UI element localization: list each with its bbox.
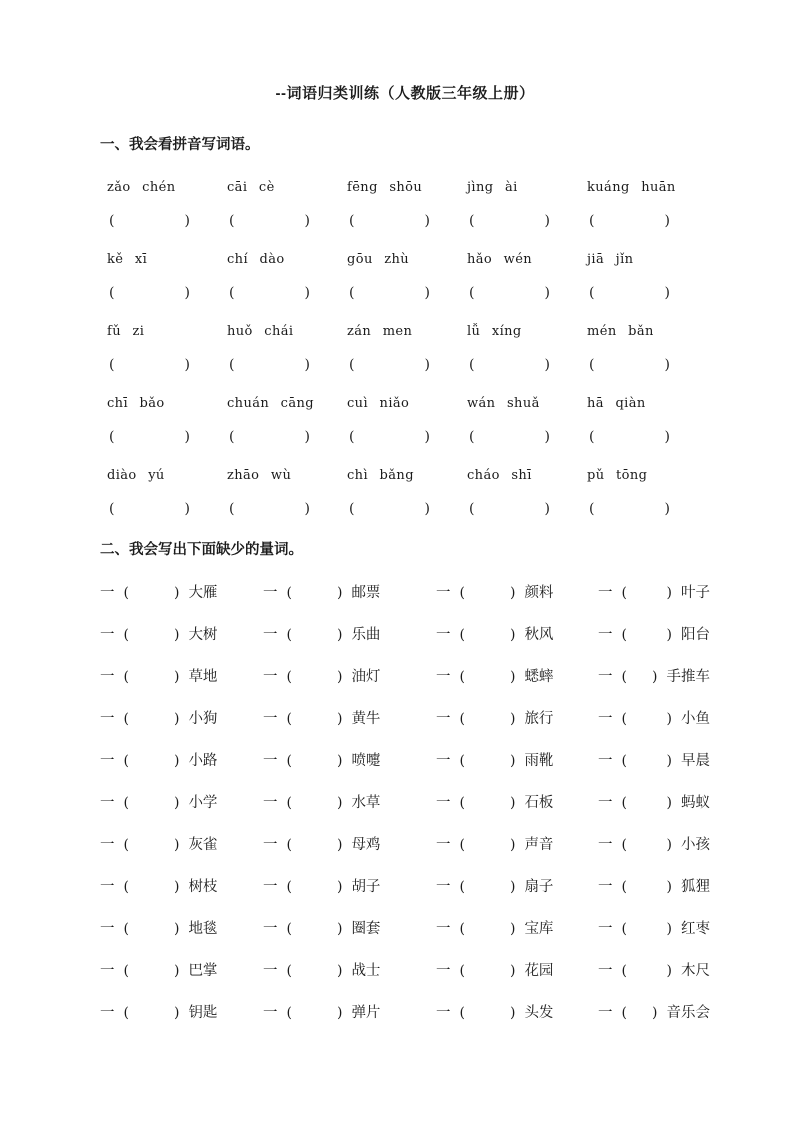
answer-row: ()()()()() [100, 355, 710, 375]
close-paren: ) [305, 355, 310, 375]
measure-word-item: 一()邮票 [263, 583, 436, 603]
answer-blank: () [580, 355, 700, 375]
paren-group: () [589, 355, 679, 375]
answer-blank: () [100, 427, 220, 447]
open-paren: ( [460, 709, 465, 729]
answer-row: ()()()()() [100, 283, 710, 303]
pinyin-label: cāi cè [220, 178, 340, 198]
pinyin-label: fēng shōu [340, 178, 460, 198]
close-paren: ) [174, 583, 179, 603]
close-paren: ) [510, 583, 515, 603]
close-paren: ) [665, 427, 670, 447]
noun-label: 狐狸 [681, 877, 710, 897]
close-paren: ) [174, 961, 179, 981]
answer-blank: () [460, 355, 580, 375]
paren-group: () [469, 211, 559, 231]
measure-word-item: 一()头发 [436, 1003, 598, 1023]
open-paren: ( [124, 793, 129, 813]
open-paren: ( [287, 667, 292, 687]
answer-blank: () [220, 499, 340, 519]
close-paren: ) [545, 355, 550, 375]
one-numeral: 一 [100, 709, 115, 729]
open-paren: ( [349, 283, 354, 303]
open-paren: ( [622, 919, 627, 939]
paren-group: () [109, 211, 199, 231]
one-numeral: 一 [100, 835, 115, 855]
measure-word-item: 一()蚂蚁 [598, 793, 710, 813]
one-numeral: 一 [100, 667, 115, 687]
measure-word-item: 一()石板 [436, 793, 598, 813]
one-numeral: 一 [436, 961, 451, 981]
close-paren: ) [174, 625, 179, 645]
close-paren: ) [667, 919, 672, 939]
section2-heading: 二、我会写出下面缺少的量词。 [100, 538, 710, 559]
close-paren: ) [665, 355, 670, 375]
pinyin-label: wán shuǎ [460, 394, 580, 414]
close-paren: ) [174, 751, 179, 771]
answer-blank: () [460, 499, 580, 519]
paren-group: () [229, 355, 319, 375]
noun-label: 水草 [351, 793, 380, 813]
open-paren: ( [622, 667, 627, 687]
noun-label: 手推车 [667, 667, 711, 687]
one-numeral: 一 [436, 793, 451, 813]
open-paren: ( [622, 625, 627, 645]
one-numeral: 一 [436, 877, 451, 897]
one-numeral: 一 [598, 835, 613, 855]
close-paren: ) [185, 499, 190, 519]
paren-group: () [469, 499, 559, 519]
one-numeral: 一 [598, 751, 613, 771]
noun-label: 早晨 [681, 751, 710, 771]
paren-group: () [589, 427, 679, 447]
open-paren: ( [287, 709, 292, 729]
measure-word-item: 一()大树 [100, 625, 263, 645]
measure-word-item: 一()红枣 [598, 919, 710, 939]
pinyin-label: cuì niǎo [340, 394, 460, 414]
noun-label: 蟋蟀 [524, 667, 553, 687]
open-paren: ( [622, 793, 627, 813]
measure-word-item: 一()圈套 [263, 919, 436, 939]
answer-blank: () [100, 283, 220, 303]
one-numeral: 一 [436, 583, 451, 603]
open-paren: ( [287, 1003, 292, 1023]
pinyin-label: hǎo wén [460, 250, 580, 270]
open-paren: ( [287, 625, 292, 645]
open-paren: ( [460, 877, 465, 897]
answer-blank: () [580, 499, 700, 519]
close-paren: ) [185, 427, 190, 447]
noun-label: 音乐会 [667, 1003, 711, 1023]
open-paren: ( [469, 211, 474, 231]
close-paren: ) [337, 1003, 342, 1023]
answer-blank: () [580, 283, 700, 303]
paren-group: () [349, 427, 439, 447]
open-paren: ( [287, 835, 292, 855]
one-numeral: 一 [436, 835, 451, 855]
noun-label: 叶子 [681, 583, 710, 603]
close-paren: ) [337, 793, 342, 813]
measure-word-item: 一()油灯 [263, 667, 436, 687]
close-paren: ) [667, 583, 672, 603]
measure-word-item: 一()阳台 [598, 625, 710, 645]
pinyin-row: zǎo chéncāi cèfēng shōujìng àikuáng huān [100, 178, 710, 198]
noun-label: 灰雀 [188, 835, 217, 855]
open-paren: ( [589, 355, 594, 375]
open-paren: ( [109, 427, 114, 447]
close-paren: ) [510, 1003, 515, 1023]
paren-group: () [109, 427, 199, 447]
noun-label: 小狗 [188, 709, 217, 729]
pinyin-label: zǎo chén [100, 178, 220, 198]
close-paren: ) [667, 751, 672, 771]
one-numeral: 一 [598, 667, 613, 687]
noun-label: 小鱼 [681, 709, 710, 729]
paren-group: () [469, 427, 559, 447]
close-paren: ) [510, 961, 515, 981]
open-paren: ( [460, 961, 465, 981]
open-paren: ( [349, 499, 354, 519]
one-numeral: 一 [436, 1003, 451, 1023]
paren-group: () [589, 499, 679, 519]
close-paren: ) [510, 835, 515, 855]
paren-group: () [229, 499, 319, 519]
answer-blank: () [340, 211, 460, 231]
answer-row: ()()()()() [100, 211, 710, 231]
noun-label: 大树 [188, 625, 217, 645]
one-numeral: 一 [100, 751, 115, 771]
noun-label: 树枝 [188, 877, 217, 897]
measure-word-item: 一()小孩 [598, 835, 710, 855]
paren-group: () [109, 355, 199, 375]
measure-word-item: 一()巴掌 [100, 961, 263, 981]
open-paren: ( [287, 877, 292, 897]
answer-blank: () [580, 427, 700, 447]
one-numeral: 一 [263, 961, 278, 981]
open-paren: ( [109, 211, 114, 231]
one-numeral: 一 [598, 1003, 613, 1023]
noun-label: 小路 [188, 751, 217, 771]
one-numeral: 一 [100, 625, 115, 645]
open-paren: ( [622, 583, 627, 603]
noun-label: 喷嚏 [351, 751, 380, 771]
close-paren: ) [545, 499, 550, 519]
noun-label: 胡子 [351, 877, 380, 897]
open-paren: ( [349, 355, 354, 375]
close-paren: ) [510, 877, 515, 897]
close-paren: ) [545, 211, 550, 231]
paren-group: () [349, 283, 439, 303]
close-paren: ) [337, 919, 342, 939]
open-paren: ( [124, 919, 129, 939]
open-paren: ( [109, 355, 114, 375]
answer-blank: () [220, 427, 340, 447]
paren-group: () [349, 499, 439, 519]
close-paren: ) [337, 961, 342, 981]
open-paren: ( [622, 877, 627, 897]
open-paren: ( [287, 919, 292, 939]
pinyin-row: kě xīchí dàogōu zhùhǎo wénjiā jǐn [100, 250, 710, 270]
measure-word-item: 一()早晨 [598, 751, 710, 771]
noun-label: 大雁 [188, 583, 217, 603]
pinyin-answer-block: zǎo chéncāi cèfēng shōujìng àikuáng huān… [100, 178, 710, 231]
close-paren: ) [425, 211, 430, 231]
open-paren: ( [229, 283, 234, 303]
one-numeral: 一 [436, 919, 451, 939]
answer-blank: () [220, 355, 340, 375]
close-paren: ) [545, 283, 550, 303]
open-paren: ( [109, 283, 114, 303]
one-numeral: 一 [263, 667, 278, 687]
noun-label: 扇子 [524, 877, 553, 897]
pinyin-row: diào yúzhāo wùchì bǎngcháo shīpǔ tōng [100, 466, 710, 486]
answer-row: ()()()()() [100, 427, 710, 447]
noun-label: 乐曲 [351, 625, 380, 645]
pinyin-answer-block: chī bǎochuán cāngcuì niǎowán shuǎhā qiàn… [100, 394, 710, 447]
open-paren: ( [109, 499, 114, 519]
pinyin-label: kuáng huān [580, 178, 700, 198]
noun-label: 巴掌 [188, 961, 217, 981]
open-paren: ( [622, 709, 627, 729]
pinyin-label: huǒ chái [220, 322, 340, 342]
page-title: --词语归类训练（人教版三年级上册） [100, 82, 710, 103]
measure-word-item: 一()黄牛 [263, 709, 436, 729]
noun-label: 阳台 [681, 625, 710, 645]
answer-blank: () [460, 283, 580, 303]
pinyin-label: zán men [340, 322, 460, 342]
answer-blank: () [340, 427, 460, 447]
close-paren: ) [510, 667, 515, 687]
close-paren: ) [174, 793, 179, 813]
open-paren: ( [469, 283, 474, 303]
paren-group: () [589, 211, 679, 231]
close-paren: ) [510, 793, 515, 813]
close-paren: ) [337, 583, 342, 603]
open-paren: ( [469, 427, 474, 447]
noun-label: 木尺 [681, 961, 710, 981]
pinyin-label: chuán cāng [220, 394, 340, 414]
one-numeral: 一 [100, 961, 115, 981]
one-numeral: 一 [263, 835, 278, 855]
one-numeral: 一 [263, 709, 278, 729]
open-paren: ( [124, 625, 129, 645]
open-paren: ( [460, 919, 465, 939]
close-paren: ) [337, 751, 342, 771]
open-paren: ( [469, 355, 474, 375]
measure-word-item: 一()花园 [436, 961, 598, 981]
close-paren: ) [174, 877, 179, 897]
measure-word-item: 一()树枝 [100, 877, 263, 897]
close-paren: ) [667, 709, 672, 729]
close-paren: ) [305, 283, 310, 303]
one-numeral: 一 [100, 1003, 115, 1023]
close-paren: ) [652, 1003, 657, 1023]
close-paren: ) [425, 427, 430, 447]
open-paren: ( [349, 211, 354, 231]
close-paren: ) [337, 625, 342, 645]
section-pinyin-writing: 一、我会看拼音写词语。 zǎo chéncāi cèfēng shōujìng … [100, 133, 710, 519]
close-paren: ) [510, 625, 515, 645]
answer-blank: () [100, 355, 220, 375]
close-paren: ) [174, 709, 179, 729]
open-paren: ( [229, 211, 234, 231]
close-paren: ) [425, 355, 430, 375]
pinyin-row: fǔ zihuǒ cháizán menlǚ xíngmén bǎn [100, 322, 710, 342]
close-paren: ) [510, 751, 515, 771]
answer-blank: () [340, 355, 460, 375]
one-numeral: 一 [598, 919, 613, 939]
one-numeral: 一 [263, 625, 278, 645]
measure-word-item: 一()战士 [263, 961, 436, 981]
one-numeral: 一 [436, 709, 451, 729]
paren-group: () [349, 211, 439, 231]
close-paren: ) [337, 877, 342, 897]
close-paren: ) [185, 211, 190, 231]
open-paren: ( [460, 667, 465, 687]
one-numeral: 一 [598, 877, 613, 897]
answer-blank: () [100, 211, 220, 231]
one-numeral: 一 [100, 793, 115, 813]
measure-word-item: 一()秋风 [436, 625, 598, 645]
answer-blank: () [460, 427, 580, 447]
close-paren: ) [665, 499, 670, 519]
paren-group: () [229, 427, 319, 447]
noun-label: 蚂蚁 [681, 793, 710, 813]
open-paren: ( [124, 877, 129, 897]
noun-label: 油灯 [351, 667, 380, 687]
noun-label: 地毯 [188, 919, 217, 939]
open-paren: ( [460, 751, 465, 771]
close-paren: ) [667, 835, 672, 855]
open-paren: ( [622, 961, 627, 981]
measure-word-item: 一()狐狸 [598, 877, 710, 897]
close-paren: ) [425, 499, 430, 519]
open-paren: ( [124, 961, 129, 981]
measure-word-item: 一()手推车 [598, 667, 710, 687]
noun-label: 邮票 [351, 583, 380, 603]
one-numeral: 一 [598, 709, 613, 729]
one-numeral: 一 [598, 793, 613, 813]
measure-word-item: 一()弹片 [263, 1003, 436, 1023]
noun-label: 小学 [188, 793, 217, 813]
close-paren: ) [174, 919, 179, 939]
paren-group: () [109, 499, 199, 519]
close-paren: ) [185, 355, 190, 375]
close-paren: ) [174, 667, 179, 687]
open-paren: ( [229, 355, 234, 375]
measure-word-item: 一()蟋蟀 [436, 667, 598, 687]
close-paren: ) [174, 1003, 179, 1023]
open-paren: ( [460, 583, 465, 603]
one-numeral: 一 [263, 583, 278, 603]
close-paren: ) [305, 427, 310, 447]
pinyin-label: chī bǎo [100, 394, 220, 414]
paren-group: () [349, 355, 439, 375]
close-paren: ) [665, 211, 670, 231]
answer-blank: () [340, 283, 460, 303]
answer-blank: () [460, 211, 580, 231]
measure-word-item: 一()乐曲 [263, 625, 436, 645]
one-numeral: 一 [263, 877, 278, 897]
open-paren: ( [287, 583, 292, 603]
pinyin-label: mén bǎn [580, 322, 700, 342]
pinyin-answer-block: kě xīchí dàogōu zhùhǎo wénjiā jǐn()()()(… [100, 250, 710, 303]
one-numeral: 一 [100, 877, 115, 897]
open-paren: ( [469, 499, 474, 519]
open-paren: ( [589, 211, 594, 231]
noun-label: 草地 [188, 667, 217, 687]
noun-label: 旅行 [524, 709, 553, 729]
noun-label: 小孩 [681, 835, 710, 855]
open-paren: ( [124, 709, 129, 729]
measure-word-item: 一()木尺 [598, 961, 710, 981]
measure-word-item: 一()音乐会 [598, 1003, 710, 1023]
one-numeral: 一 [436, 751, 451, 771]
noun-label: 头发 [524, 1003, 553, 1023]
open-paren: ( [124, 751, 129, 771]
one-numeral: 一 [598, 583, 613, 603]
one-numeral: 一 [263, 1003, 278, 1023]
noun-label: 秋风 [524, 625, 553, 645]
pinyin-label: cháo shī [460, 466, 580, 486]
open-paren: ( [229, 427, 234, 447]
pinyin-row: chī bǎochuán cāngcuì niǎowán shuǎhā qiàn [100, 394, 710, 414]
pinyin-exercise-rows: zǎo chéncāi cèfēng shōujìng àikuáng huān… [100, 178, 710, 519]
one-numeral: 一 [100, 583, 115, 603]
noun-label: 花园 [524, 961, 553, 981]
section-measure-words: 二、我会写出下面缺少的量词。 一()大雁一()邮票一()颜料一()叶子一()大树… [100, 538, 710, 1023]
open-paren: ( [229, 499, 234, 519]
close-paren: ) [425, 283, 430, 303]
noun-label: 宝库 [524, 919, 553, 939]
noun-label: 黄牛 [351, 709, 380, 729]
close-paren: ) [337, 667, 342, 687]
open-paren: ( [622, 1003, 627, 1023]
close-paren: ) [667, 961, 672, 981]
open-paren: ( [287, 751, 292, 771]
measure-word-item: 一()小狗 [100, 709, 263, 729]
paren-group: () [589, 283, 679, 303]
open-paren: ( [287, 961, 292, 981]
close-paren: ) [337, 709, 342, 729]
pinyin-label: diào yú [100, 466, 220, 486]
measure-word-item: 一()草地 [100, 667, 263, 687]
open-paren: ( [460, 625, 465, 645]
noun-label: 母鸡 [351, 835, 380, 855]
noun-label: 颜料 [524, 583, 553, 603]
noun-label: 战士 [351, 961, 380, 981]
close-paren: ) [185, 283, 190, 303]
open-paren: ( [287, 793, 292, 813]
close-paren: ) [545, 427, 550, 447]
pinyin-label: gōu zhù [340, 250, 460, 270]
pinyin-answer-block: diào yúzhāo wùchì bǎngcháo shīpǔ tōng()(… [100, 466, 710, 519]
measure-word-grid: 一()大雁一()邮票一()颜料一()叶子一()大树一()乐曲一()秋风一()阳台… [100, 583, 710, 1023]
open-paren: ( [589, 427, 594, 447]
measure-word-item: 一()地毯 [100, 919, 263, 939]
close-paren: ) [305, 499, 310, 519]
open-paren: ( [124, 835, 129, 855]
measure-word-item: 一()小路 [100, 751, 263, 771]
measure-word-item: 一()叶子 [598, 583, 710, 603]
measure-word-item: 一()母鸡 [263, 835, 436, 855]
pinyin-label: fǔ zi [100, 322, 220, 342]
pinyin-label: zhāo wù [220, 466, 340, 486]
open-paren: ( [124, 667, 129, 687]
noun-label: 雨靴 [524, 751, 553, 771]
paren-group: () [229, 283, 319, 303]
noun-label: 红枣 [681, 919, 710, 939]
